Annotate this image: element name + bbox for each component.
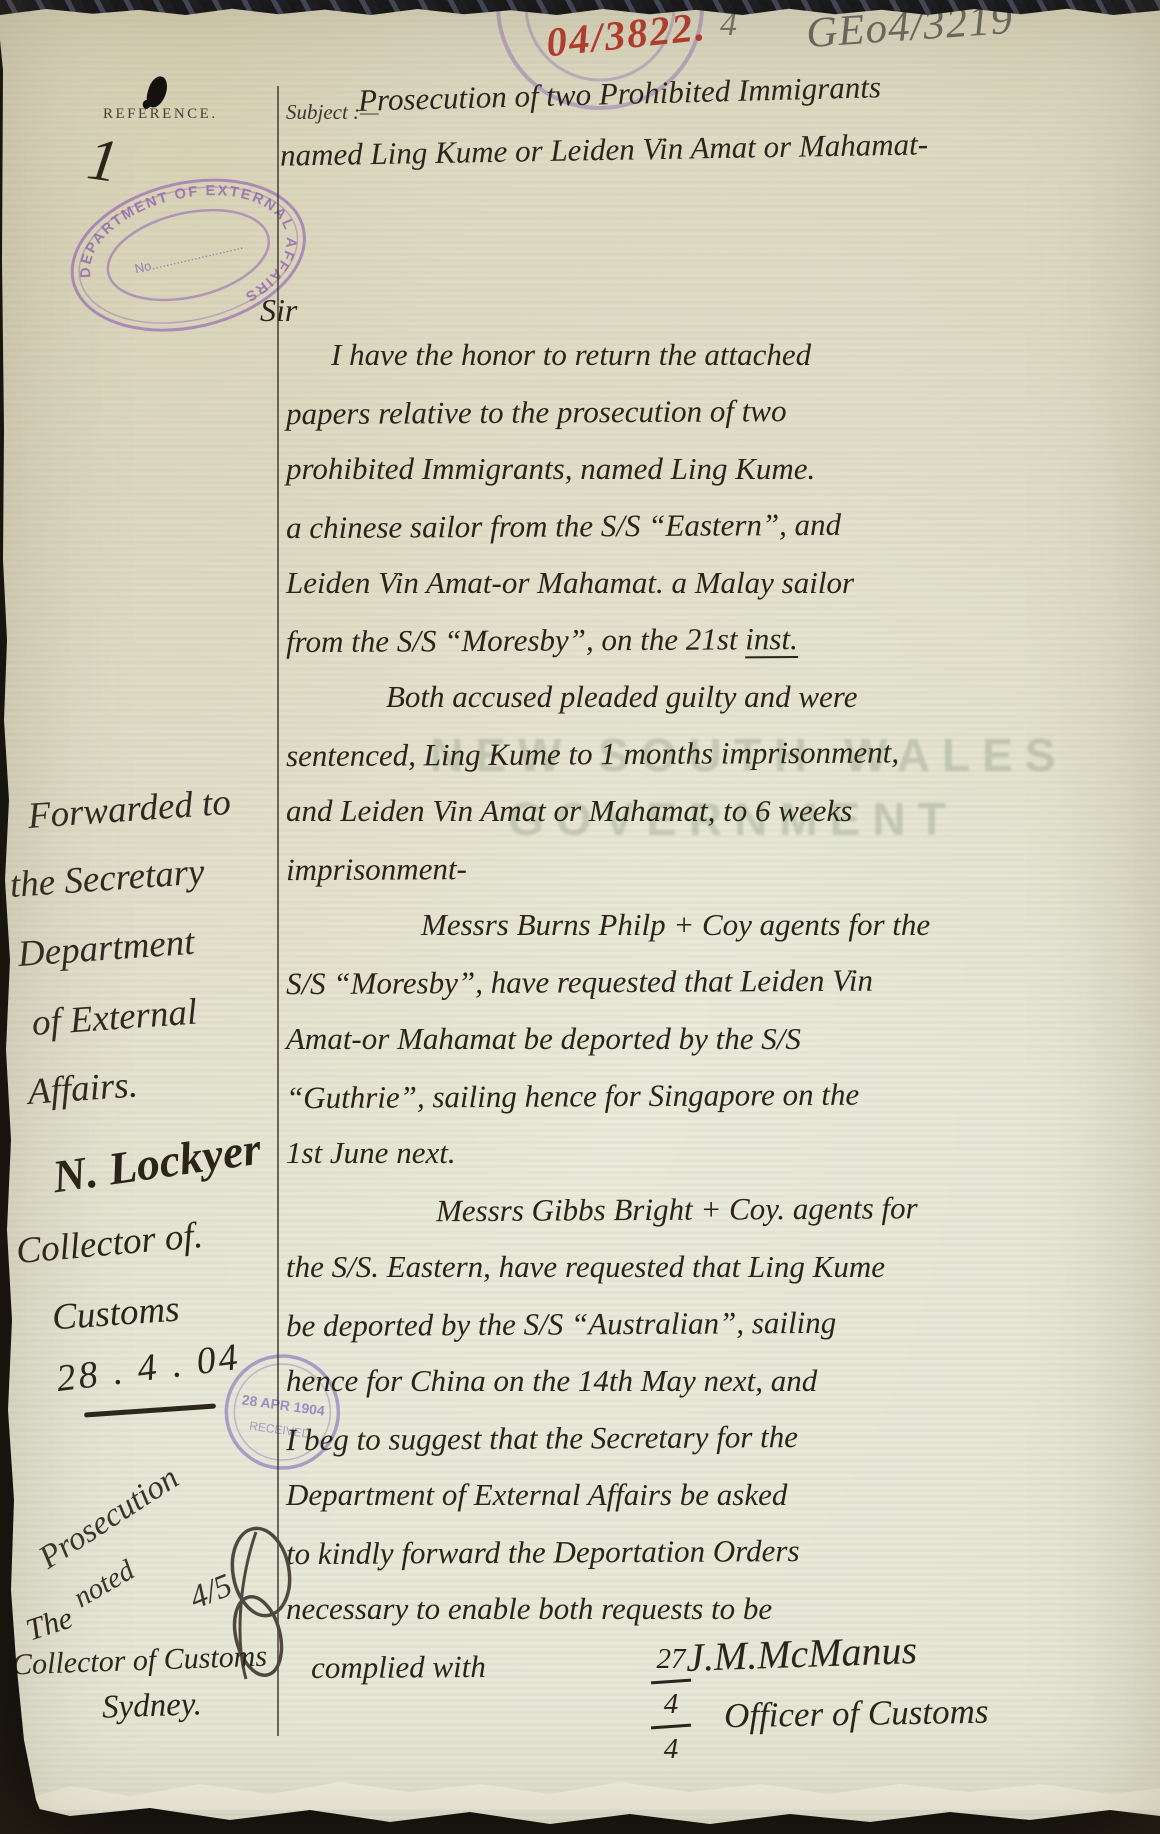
letter-text: “Guthrie”, sailing hence for Singapore o… xyxy=(286,1077,859,1116)
letter-line: hence for China on the 14th May next, an… xyxy=(286,1352,1000,1409)
document-page: NEW SOUTH WALES GOVERNMENT 04/3822. 4 GE… xyxy=(0,0,1160,1834)
date-underline xyxy=(84,1403,216,1417)
letter-line: prohibited Immigrants, named Ling Kume. xyxy=(286,440,1000,497)
letter-text: Leiden Vin Amat-or Mahamat. a Malay sail… xyxy=(286,565,854,600)
letter-text: Department of External Affairs be asked xyxy=(286,1477,787,1512)
collector-title-line-1: Collector of. xyxy=(14,1214,204,1273)
ink-blot xyxy=(144,74,169,109)
underlined-word: inst. xyxy=(745,621,798,658)
letter-text: papers relative to the prosecution of tw… xyxy=(286,393,787,431)
letter-line: “Guthrie”, sailing hence for Singapore o… xyxy=(286,1065,1000,1126)
letter-line: imprisonment- xyxy=(286,837,1000,898)
letter-text: sentenced, Ling Kume to 1 months impriso… xyxy=(286,734,899,773)
letter-line: Messrs Gibbs Bright + Coy. agents for xyxy=(286,1179,1000,1240)
letter-text: necessary to enable both requests to be xyxy=(286,1591,772,1626)
letter-line: and Leiden Vin Amat or Mahamat, to 6 wee… xyxy=(286,782,1000,839)
letter-line: from the S/S “Moresby”, on the 21st inst… xyxy=(286,609,1000,670)
fraction-bar xyxy=(651,1724,691,1730)
letter-line: be deported by the S/S “Australian”, sai… xyxy=(286,1293,1000,1354)
officer-signature: J.M.McManus xyxy=(685,1626,918,1681)
letter-text: the S/S. Eastern, have requested that Li… xyxy=(286,1249,885,1284)
addressee-line-3: Sydney. xyxy=(101,1686,202,1726)
letter-line: the S/S. Eastern, have requested that Li… xyxy=(286,1238,1000,1295)
letter-text: be deported by the S/S “Australian”, sai… xyxy=(286,1305,836,1343)
noted-annotation-line-2: noted xyxy=(68,1554,140,1615)
addressee-line-1: The xyxy=(22,1600,77,1649)
collector-title-line-2: Customs xyxy=(51,1288,181,1340)
collector-signature: N. Lockyer xyxy=(49,1122,264,1204)
subject-line-2: named Ling Kume or Leiden Vin Amat or Ma… xyxy=(280,126,929,173)
letter-line: sentenced, Ling Kume to 1 months impriso… xyxy=(286,723,1000,784)
oval-stamp-no-line: No.......................... xyxy=(133,237,244,276)
letter-text: 1st June next. xyxy=(286,1135,456,1170)
margin-date: 28 . 4 . 04 xyxy=(54,1335,243,1401)
letter-line: papers relative to the prosecution of tw… xyxy=(286,381,1000,442)
letter-line: Department of External Affairs be asked xyxy=(286,1466,1000,1523)
letter-line: S/S “Moresby”, have requested that Leide… xyxy=(286,951,1000,1012)
letter-text: and Leiden Vin Amat or Mahamat, to 6 wee… xyxy=(286,793,852,828)
letter-line: I have the honor to return the attached xyxy=(286,326,1000,383)
margin-rule xyxy=(277,86,279,1736)
letter-text: prohibited Immigrants, named Ling Kume. xyxy=(286,451,815,486)
letter-line: Leiden Vin Amat-or Mahamat. a Malay sail… xyxy=(286,554,1000,611)
letter-line: 1st June next. xyxy=(286,1124,1000,1181)
officer-title: Officer of Customs xyxy=(724,1692,989,1737)
bottom-torn-paper-edge xyxy=(30,1780,1160,1810)
reference-label: REFERENCE. xyxy=(103,106,218,123)
letter-line: to kindly forward the Deportation Orders xyxy=(286,1521,1000,1582)
subject-line-1: Prosecution of two Prohibited Immigrants xyxy=(358,69,882,119)
letter-text: Messrs Gibbs Bright + Coy. agents for xyxy=(436,1190,918,1228)
letter-text: Messrs Burns Philp + Coy agents for the xyxy=(421,907,930,942)
letter-text: hence for China on the 14th May next, an… xyxy=(286,1363,817,1398)
letter-text: to kindly forward the Deportation Orders xyxy=(286,1533,800,1571)
fraction-bar xyxy=(651,1679,691,1685)
letter-line: a chinese sailor from the S/S “Eastern”,… xyxy=(286,495,1000,556)
letter-line: I beg to suggest that the Secretary for … xyxy=(286,1407,1000,1468)
salutation: Sir xyxy=(260,292,297,329)
fraction-bottom: 4 xyxy=(648,1730,694,1768)
letter-body: I have the honor to return the attachedp… xyxy=(286,326,1000,1694)
letter-text: Amat-or Mahamat be deported by the S/S xyxy=(286,1021,801,1056)
letter-text: a chinese sailor from the S/S “Eastern”,… xyxy=(286,507,841,545)
fraction-mid: 4 xyxy=(648,1685,694,1723)
letter-line: Amat-or Mahamat be deported by the S/S xyxy=(286,1010,1000,1067)
letter-line: Both accused pleaded guilty and were xyxy=(286,668,1000,725)
letter-text: imprisonment- xyxy=(286,851,467,887)
letter-text: complied with xyxy=(311,1649,486,1685)
letter-text: S/S “Moresby”, have requested that Leide… xyxy=(286,963,873,1002)
letter-line: Messrs Burns Philp + Coy agents for the xyxy=(286,896,1000,953)
letter-text: I beg to suggest that the Secretary for … xyxy=(286,1419,798,1457)
noted-annotation-line-1: Prosecution xyxy=(33,1460,186,1577)
letter-text: Both accused pleaded guilty and were xyxy=(386,679,857,714)
reference-number: 1 xyxy=(83,124,122,197)
forwarding-note-line: Affairs. xyxy=(26,1044,233,1127)
letter-text: I have the honor to return the attached xyxy=(331,337,811,372)
letter-text: from the S/S “Moresby”, on the 21st xyxy=(286,621,745,659)
forwarding-note: Forwarded to the Secretary Department of… xyxy=(8,782,231,1127)
